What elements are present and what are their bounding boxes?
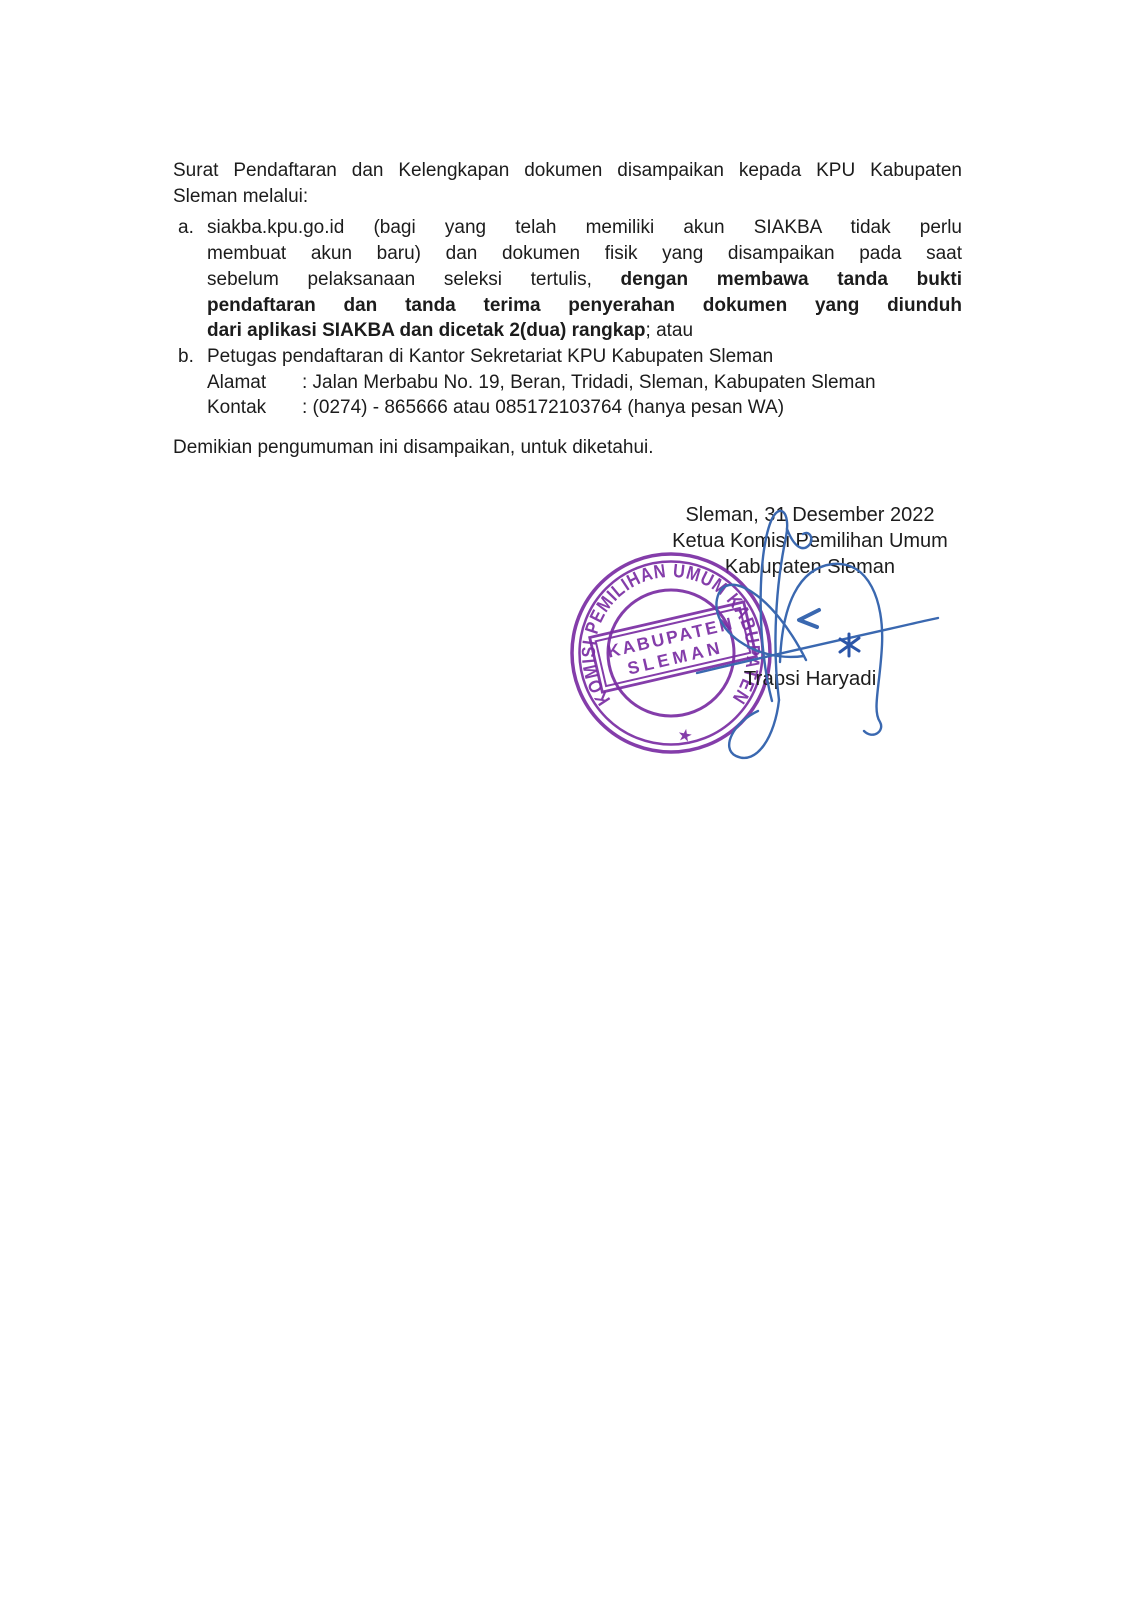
list-marker-b: b. [178,344,194,370]
text-segment-bold: dengan membawa tanda bukti [621,269,962,290]
body-line: siakba.kpu.go.id (bagi yang telah memili… [207,215,962,241]
intro-line: Sleman melalui: [173,184,962,210]
stamp-star-icon: ★ [676,725,694,747]
stamp-inner-ring [608,590,734,716]
stamp-middle-ring [580,562,763,745]
stamp-outer-ring [572,554,770,752]
signer-name: Trapsi Haryadi [650,667,970,691]
body-line: pendaftaran dan tanda terima penyerahan … [207,293,962,319]
address-value: : Jalan Merbabu No. 19, Beran, Tridadi, … [302,372,876,393]
list-marker-a: a. [178,215,194,241]
closing-paragraph: Demikian pengumuman ini disampaikan, unt… [173,435,962,461]
text-segment: sebelum pelaksanaan seleksi tertulis, [207,269,621,290]
contact-label: Kontak [207,395,302,421]
list-item-a-text: siakba.kpu.go.id (bagi yang telah memili… [207,215,962,344]
list-item-b: b. Petugas pendaftaran di Kantor Sekreta… [173,344,962,421]
address-line: Alamat: Jalan Merbabu No. 19, Beran, Tri… [207,370,962,396]
intro-line: Surat Pendaftaran dan Kelengkapan dokume… [173,158,962,184]
contact-value: : (0274) - 865666 atau 085172103764 (han… [302,397,784,418]
signature-stroke [697,618,938,673]
address-label: Alamat [207,370,302,396]
signature-star-flourish [840,634,859,656]
letter-body: Surat Pendaftaran dan Kelengkapan dokume… [173,158,962,461]
text-segment-bold: dari aplikasi SIAKBA dan dicetak 2(dua) … [207,320,646,341]
stamp-center-line1: KABUPATEN [605,613,736,662]
place-date: Sleman, 31 Desember 2022 [650,502,970,528]
stamp-rings [572,554,770,752]
document-page: Surat Pendaftaran dan Kelengkapan dokume… [0,0,1132,1599]
signer-title-line2: Kabupaten Sleman [650,554,970,580]
signature-stroke [716,585,806,660]
body-line: Petugas pendaftaran di Kantor Sekretaria… [207,344,962,370]
body-line: dari aplikasi SIAKBA dan dicetak 2(dua) … [207,318,962,344]
text-segment-bold: pendaftaran dan tanda terima penyerahan … [207,295,962,316]
contact-line: Kontak: (0274) - 865666 atau 08517210376… [207,395,962,421]
body-line: sebelum pelaksanaan seleksi tertulis, de… [207,267,962,293]
list-item-b-text: Petugas pendaftaran di Kantor Sekretaria… [207,344,962,421]
signer-title-line1: Ketua Komisi Pemilihan Umum [650,528,970,554]
signature-stroke [729,700,779,758]
text-segment: membuat akun baru) dan dokumen fisik yan… [207,243,962,264]
text-segment: siakba.kpu.go.id (bagi yang telah memili… [207,217,962,238]
signature-chevron-mark [799,610,819,627]
signature-block: Sleman, 31 Desember 2022 Ketua Komisi Pe… [650,502,970,580]
list-item-a: a. siakba.kpu.go.id (bagi yang telah mem… [173,215,962,344]
star-flourish-stroke [840,638,859,652]
signature-stroke [780,564,882,735]
star-flourish-stroke [840,639,859,651]
intro-paragraph: Surat Pendaftaran dan Kelengkapan dokume… [173,158,962,209]
body-line: membuat akun baru) dan dokumen fisik yan… [207,241,962,267]
text-segment: ; atau [646,320,694,341]
